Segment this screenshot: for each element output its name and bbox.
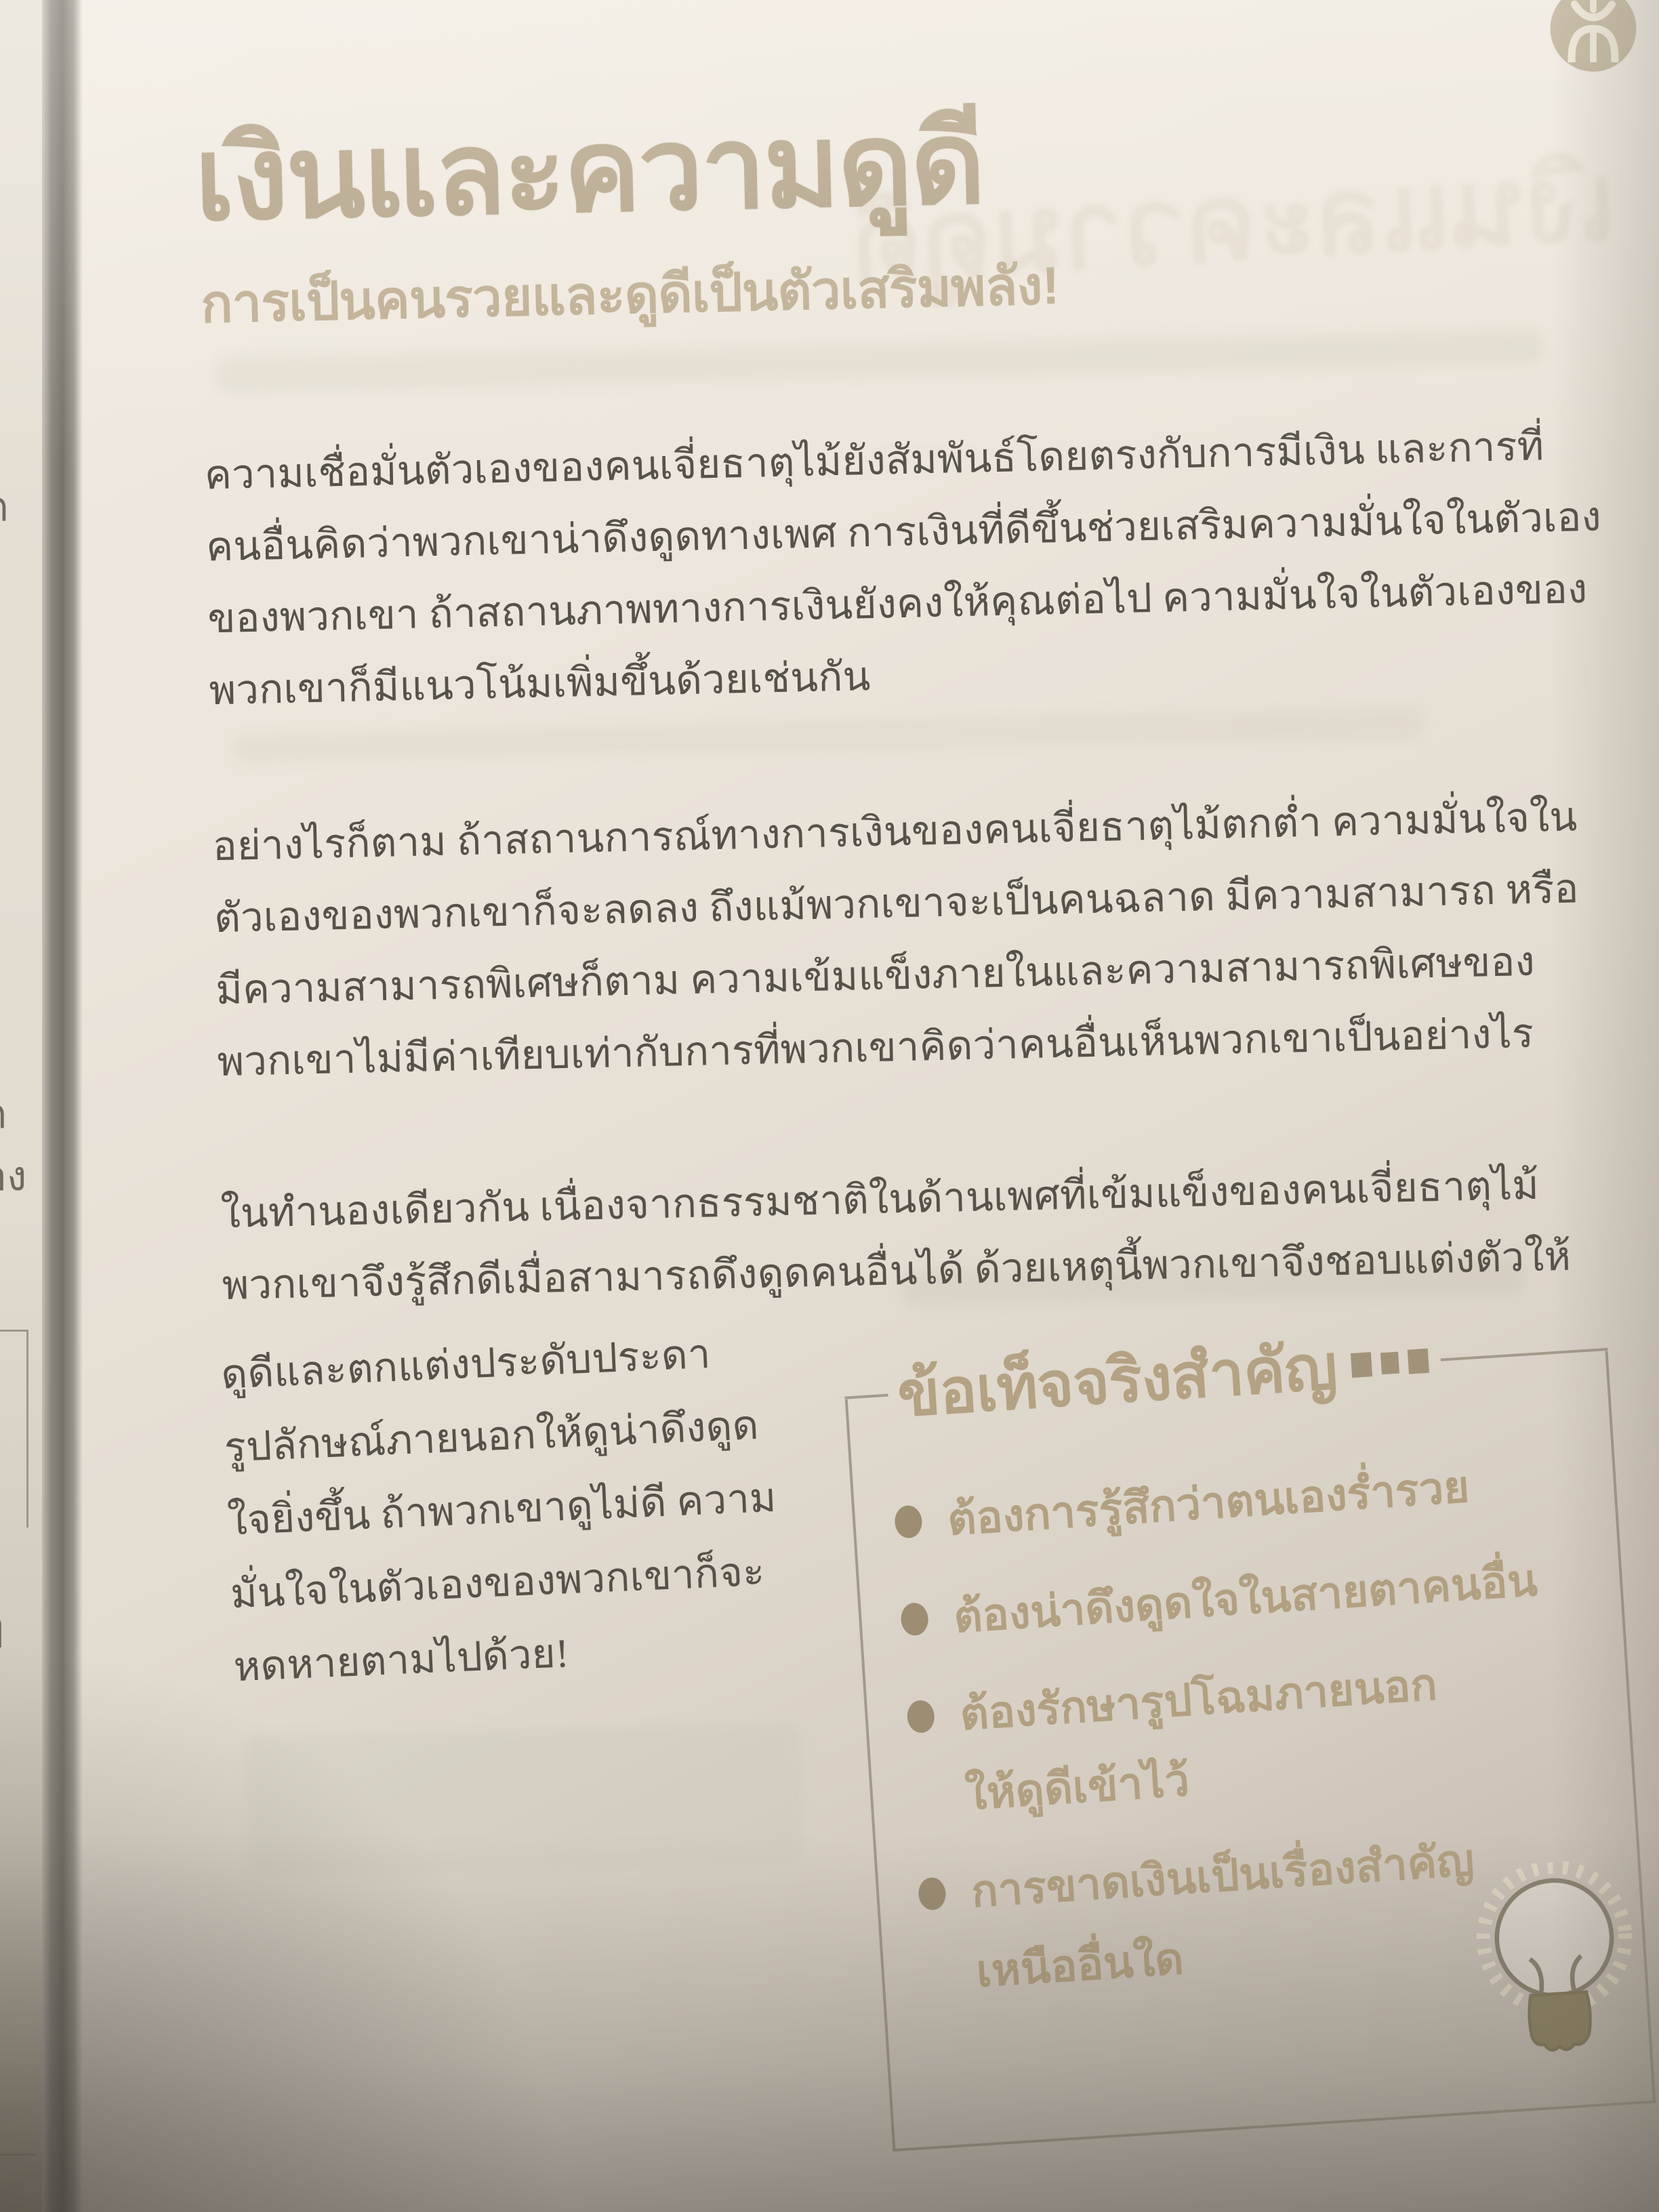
key-facts-box: ข้อเท็จจริงสำคัญ ต้องการรู้สึกว่าตนเองร่…	[845, 1351, 1656, 2152]
bullet-dot-icon	[906, 1700, 935, 1734]
bullet-dot-icon	[918, 1877, 947, 1910]
bullet-dot-icon	[900, 1602, 929, 1636]
key-facts-header: ข้อเท็จจริงสำคัญ	[842, 1299, 1611, 1448]
bleed-through-strip	[245, 1723, 804, 1877]
page-content: เงินและความดูดี เงินและความดูดี การเป็นค…	[0, 0, 1659, 2212]
lightbulb-icon	[1458, 1857, 1655, 2080]
publisher-logo-icon	[1547, 0, 1640, 79]
chapter-subtitle: การเป็นคนรวยและดูดีเป็นตัวเสริมพลัง!	[200, 243, 1060, 346]
paragraph-2: อย่างไรก็ตาม ถ้าสถานการณ์ทางการเงินของคน…	[212, 781, 1583, 1098]
chapter-title: เงินและความดูดี	[192, 70, 985, 270]
bullet-dot-icon	[894, 1504, 923, 1538]
paragraph-1: ความเชื่อมั่นตัวเองของคนเจี่ยธาตุไม้ยังส…	[204, 409, 1605, 727]
facing-page-text-fragment: ๆ	[0, 1594, 4, 1658]
book-page-photo: ด ก อง ๆ เงินและความดูดี เงินและความดูดี…	[0, 0, 1659, 2212]
box-border-dash	[844, 1393, 888, 1399]
box-border-dash	[1441, 1347, 1608, 1361]
facing-page-line-fragment	[0, 2154, 37, 2156]
wrap-column: ดูดีและตกแต่งประดับประดา รูปลักษณ์ภายนอก…	[220, 1315, 784, 1704]
square-bullet-icon	[1408, 1348, 1429, 1374]
facing-page-text-fragment: ก	[0, 1082, 7, 1146]
square-bullet-icon	[1351, 1352, 1372, 1378]
bleed-through-title-ghost: เงินและความดูดี	[960, 114, 1620, 323]
decor-squares	[1351, 1347, 1441, 1377]
bullet-text: ต้องการรู้สึกว่าตนเองร่ำรวย	[945, 1447, 1472, 1560]
paragraph-3: ในทำนองเดียวกัน เนื่องจากธรรมชาติในด้านเ…	[220, 1149, 1572, 1322]
bullet-text: ต้องน่าดึงดูดใจในสายตาคนอื่น	[951, 1540, 1540, 1658]
square-bullet-icon	[1380, 1351, 1399, 1374]
list-item: ต้องรักษารูปโฉมภายนอก ให้ดูดีเข้าไว้	[905, 1634, 1606, 1838]
key-facts-title: ข้อเท็จจริงสำคัญ	[885, 1315, 1355, 1444]
